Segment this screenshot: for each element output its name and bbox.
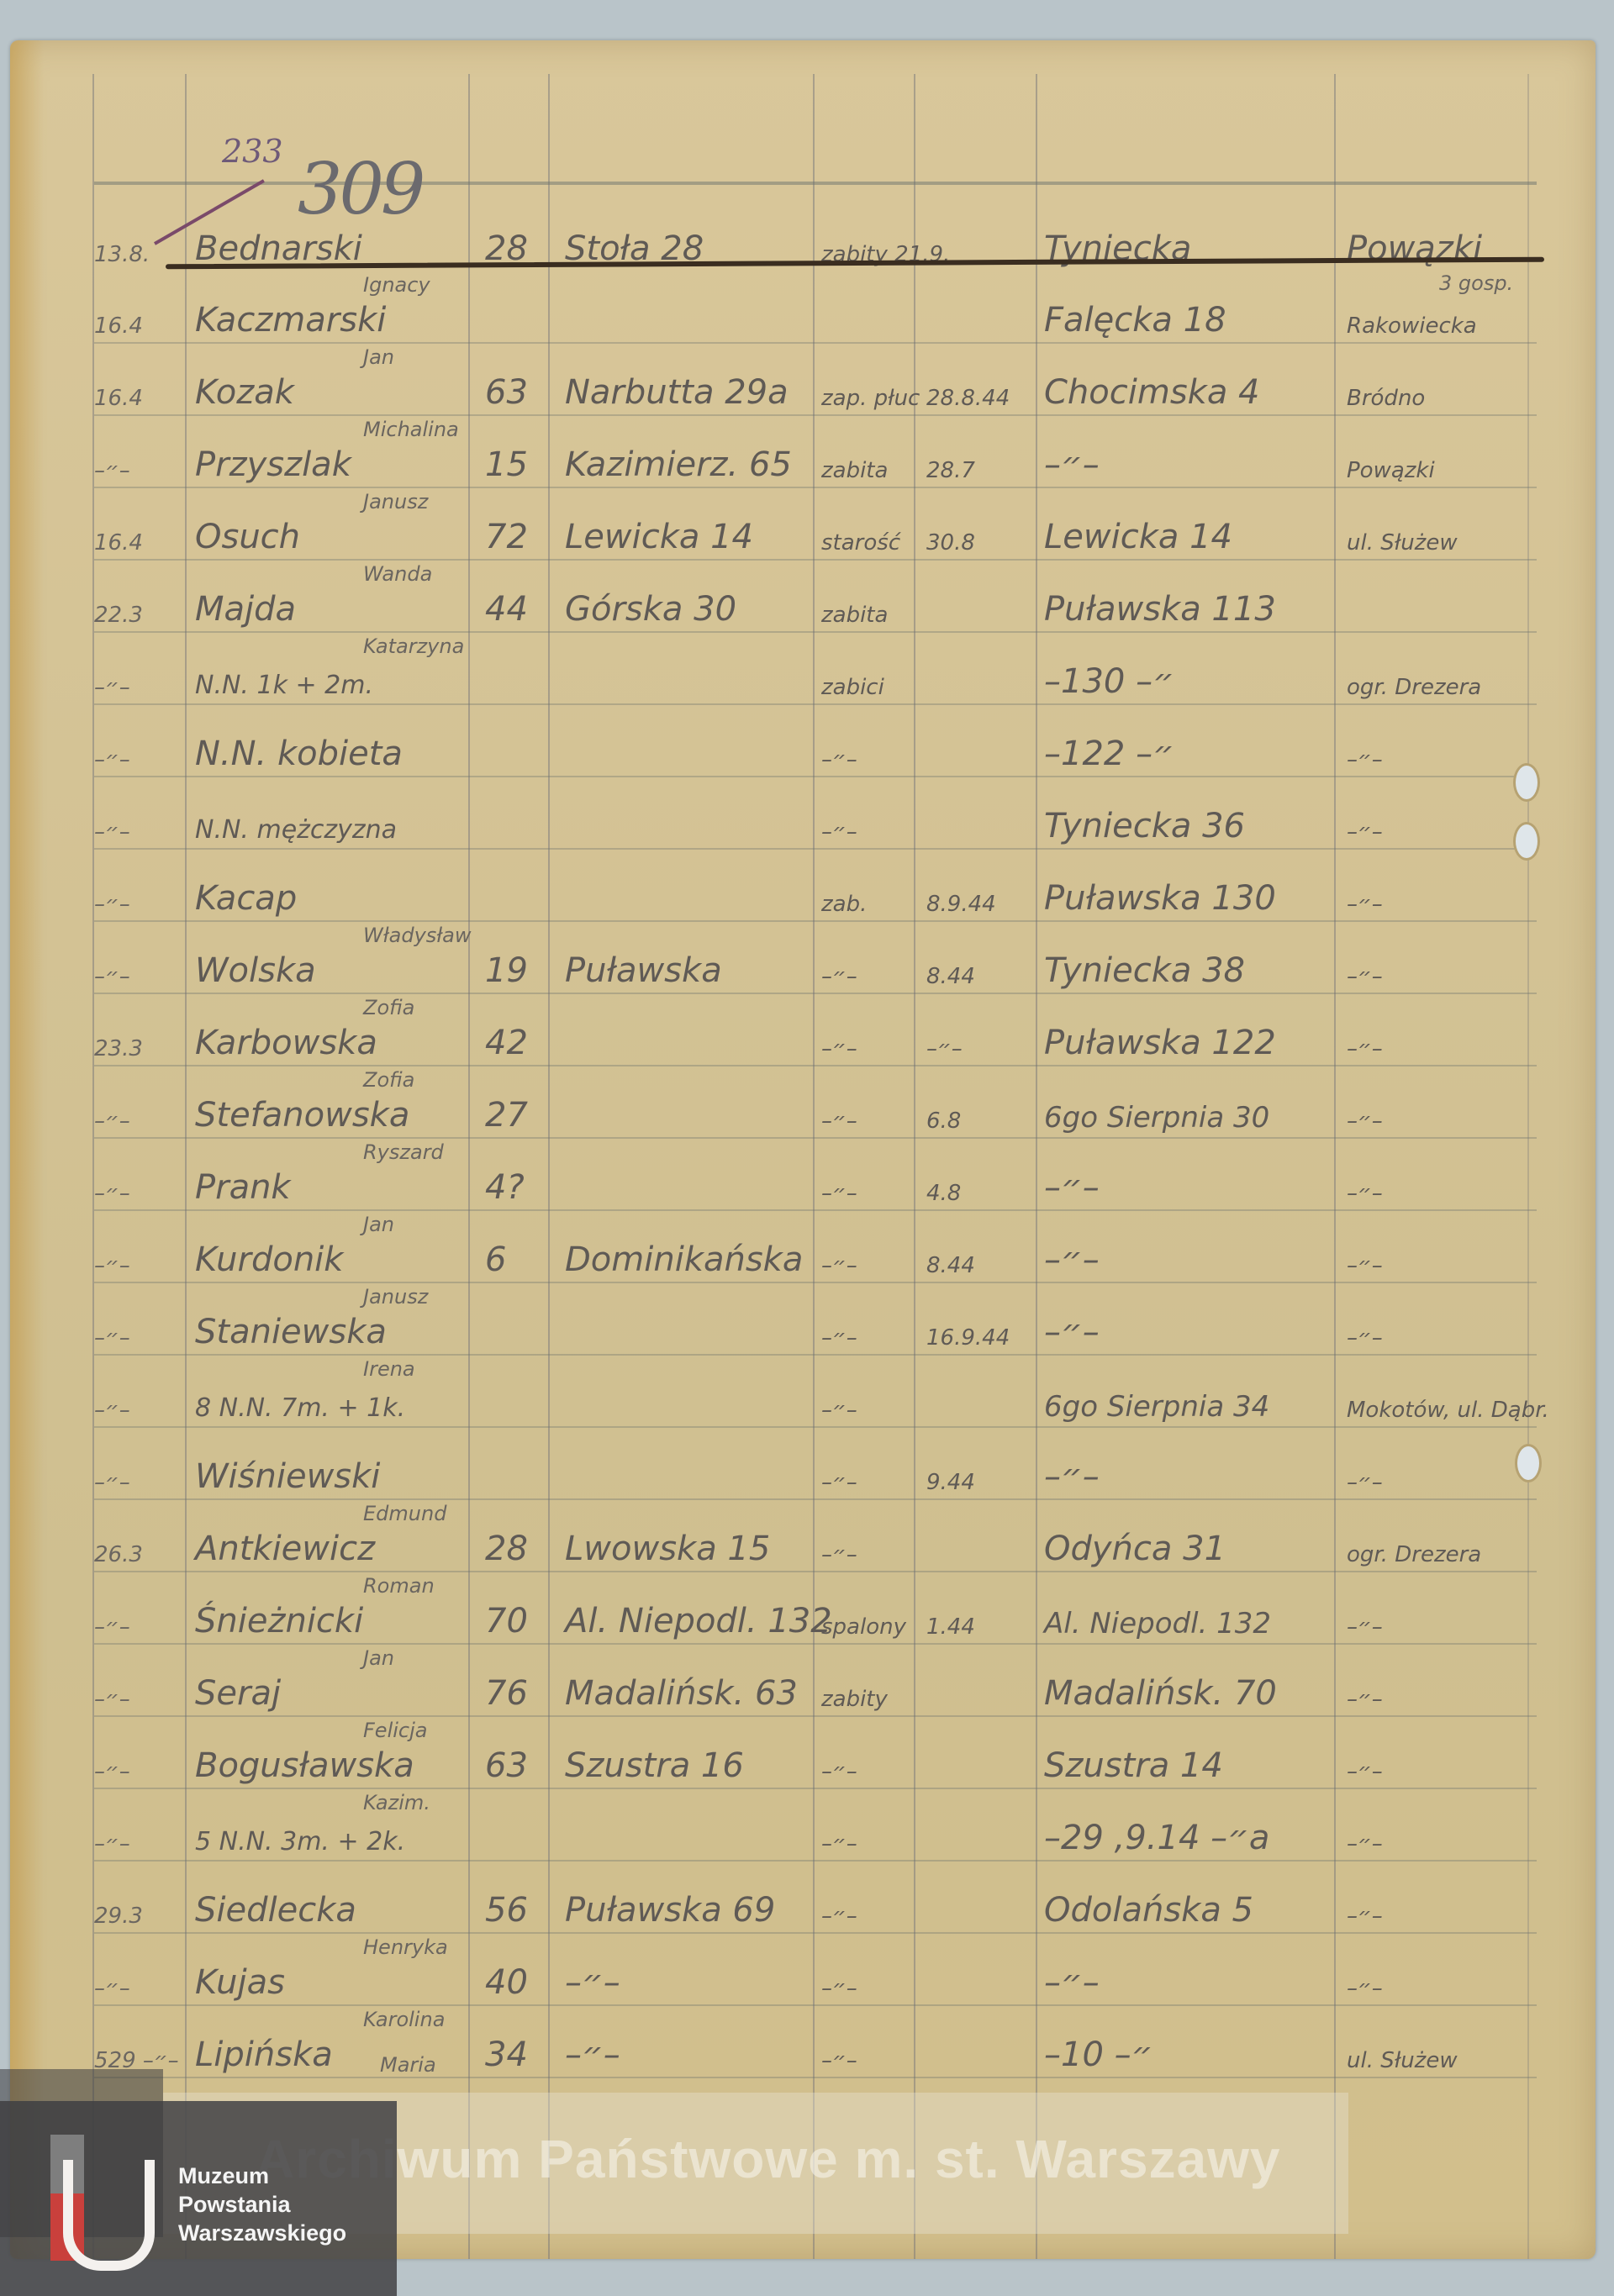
entry-status: –״– [821,1905,922,1927]
entry-address: Dominikańska [565,1243,817,1277]
entry-area: –״– [1347,1977,1565,1999]
table-row: –״–Stefanowska27–״–6.86go Sierpnia 30–״–… [10,1066,1596,1137]
entry-status: –״– [821,1472,922,1493]
entry-given-name: Irena [363,1357,415,1381]
entry-place: –״– 122 [1044,737,1338,771]
table-row: –״–N.N. 1k + 2m.zabici–״– 130ogr. Drezer… [10,633,1596,703]
entry-address: Narbutta 29a [565,376,817,409]
entry-area: –״– [1347,1688,1565,1710]
entry-date: 16.4 [94,315,187,337]
entry-date: –״– [94,749,187,771]
entry-age: 28 [485,232,561,266]
entry-place: Madalińsk. 70 [1044,1677,1338,1710]
entry-date: –״– [94,1399,187,1421]
entry-status: spalony [821,1616,922,1638]
entry-date: –״– [94,1327,187,1349]
entry-age: 70 [485,1604,561,1638]
entry-surname: N.N. 1k + 2m. [195,673,472,698]
table-row: –״–5 N.N. 3m. + 2k.–״––״– 9.14, 29a–״–Ka… [10,1789,1596,1860]
entry-address: Lewicka 14 [565,520,817,554]
entry-date: 29.3 [94,1905,187,1927]
entry-address: Szustra 16 [565,1749,817,1783]
table-row: –״–Wiśniewski–״–9.44–״––״– [10,1428,1596,1498]
entry-surname: Seraj [195,1677,472,1710]
table-row: –״–N.N. mężczyzna–״–Tyniecka 36–״– [10,777,1596,848]
table-row: –״–Kujas40–״––״––״––״–Henryka [10,1934,1596,2004]
entry-area: –״– [1347,1905,1565,1927]
table-row: –״–Wolska19Puławska–״–8.44Tyniecka 38–״–… [10,922,1596,993]
entry-given-name: Jan [363,1213,394,1236]
entry-given-name: Edmund [363,1502,446,1525]
entry-death-date: 4.8 [926,1182,1044,1204]
entry-death-date: 8.44 [926,1255,1044,1277]
entry-place: –״– 9.14, 29a [1044,1821,1338,1855]
table-row: 529 –״–Lipińska34–״––״––״– 10ul. SłużewK… [10,2006,1596,2077]
entry-given-name: Janusz [363,1285,428,1309]
entry-date: 23.3 [94,1038,187,1060]
table-row: –״–Przyszlak15Kazimierz. 65zabita28.7–״–… [10,416,1596,487]
entry-place: –״– [1044,1315,1338,1349]
entry-status: zabita [821,460,922,482]
entry-given-name: Janusz [363,490,428,513]
entry-status: –״– [821,2050,922,2072]
entry-death-date: 8.44 [926,966,1044,987]
table-row: –״–Staniewska–״–16.9.44–״––״–Janusz [10,1283,1596,1354]
entry-status: –״– [821,966,922,987]
entry-area: ogr. Drezera [1347,1544,1565,1566]
trailing-given-name: Maria [380,2053,436,2077]
entry-given-name: Henryka [363,1935,448,1959]
entry-death-date: 16.9.44 [926,1327,1044,1349]
entry-death-date: 28.7 [926,460,1044,482]
table-row: 26.3Antkiewicz28Lwowska 15–״–Odyńca 31og… [10,1500,1596,1571]
table-row: 16.4KaczmarskiFalęcka 18RakowieckaIgnacy… [10,271,1596,342]
entry-age: 34 [485,2038,561,2072]
entry-place: –״– 10 [1044,2038,1338,2072]
table-row: –״–N.N. kobieta–״––״– 122–״– [10,705,1596,776]
entry-date: 13.8. [94,244,187,266]
entry-age: 72 [485,520,561,554]
entry-place: Szustra 14 [1044,1749,1338,1783]
entry-date: –״– [94,1616,187,1638]
entry-given-name: Jan [363,1646,394,1670]
entry-age: 63 [485,376,561,409]
entry-area: –״– [1347,1255,1565,1277]
entry-death-date: 28.8.44 [926,387,1044,409]
entry-age: 6 [485,1243,561,1277]
grid-line [94,2077,1537,2078]
museum-name-line: Warszawskiego [178,2219,346,2247]
entry-date: –״– [94,1833,187,1855]
entry-given-name: Władysław [363,924,472,947]
entry-date: –״– [94,677,187,698]
entry-age: 44 [485,592,561,626]
entry-surname: N.N. kobieta [195,737,472,771]
table-row: 29.3Siedlecka56Puławska 69–״–Odolańska 5… [10,1862,1596,1932]
entry-surname: Kacap [195,882,472,915]
entry-surname: Bogusławska [195,1749,472,1783]
entry-place: Odolańska 5 [1044,1893,1338,1927]
entry-area: –״– [1347,1038,1565,1060]
register-page: 233 309 13.8. Bednarski 28 Stoła 28 zabi… [10,40,1596,2259]
table-row: –״–Prank4?–״–4.8–״––״–Ryszard [10,1139,1596,1209]
entry-death-date: 30.8 [926,532,1044,554]
polish-underground-anchor-icon [50,2135,151,2269]
museum-name: Muzeum Powstania Warszawskiego [178,2162,346,2247]
entry-given-name: Zofia [363,996,414,1019]
entry-date: –״– [94,893,187,915]
entry-death-date: 8.9.44 [926,893,1044,915]
entry-date: 16.4 [94,532,187,554]
entry-area: Rakowiecka [1347,315,1565,337]
entry-status: –״– [821,749,922,771]
entry-surname: Wolska [195,954,472,987]
entry-age: 19 [485,954,561,987]
entry-date: –״– [94,1688,187,1710]
entry-given-name: Jan [363,345,394,369]
museum-logo: Muzeum Powstania Warszawskiego [0,2101,397,2296]
entry-area: –״– [1347,1616,1565,1638]
entry-area: –״– [1347,1327,1565,1349]
entry-place: Tyniecka 36 [1044,809,1338,843]
entry-given-name: Roman [363,1574,435,1598]
entry-place: –״– 130 [1044,665,1338,698]
entry-age: 76 [485,1677,561,1710]
entry-status: –״– [821,1761,922,1783]
entry-surname: Staniewska [195,1315,472,1349]
table-row: –״–8 N.N. 7m. + 1k.–״–6go Sierpnia 34Mok… [10,1356,1596,1426]
entry-surname: Kaczmarski [195,303,472,337]
entry-place: Tyniecka 38 [1044,954,1338,987]
entry-area: –״– [1347,1761,1565,1783]
entry-address: Madalińsk. 63 [565,1677,817,1710]
entry-date: –״– [94,460,187,482]
entry-status: –״– [821,1399,922,1421]
table-row: –״–Kacapzab.8.9.44Puławska 130–״– [10,850,1596,920]
entry-place: –״– [1044,1460,1338,1493]
punch-hole [1513,822,1540,861]
museum-name-line: Muzeum [178,2162,346,2190]
entry-area: –״– [1347,1110,1565,1132]
table-row: 16.4Osuch72Lewicka 14starość30.8Lewicka … [10,488,1596,559]
entry-address: Górska 30 [565,592,817,626]
entry-date: –״– [94,1110,187,1132]
entry-surname: Kurdonik [195,1243,472,1277]
entry-surname: Osuch [195,520,472,554]
entry-area: ul. Służew [1347,532,1565,554]
entry-surname: Kozak [195,376,472,409]
entry-date: –״– [94,1977,187,1999]
entry-place: Chocimska 4 [1044,376,1338,409]
table-row: 23.3Karbowska42–״––״–Puławska 122–״–Zofi… [10,994,1596,1065]
entry-surname: 8 N.N. 7m. + 1k. [195,1396,472,1421]
entry-given-name: Ignacy [363,273,430,297]
entry-surname: N.N. mężczyzna [195,818,472,843]
entry-surname: Kujas [195,1966,472,1999]
entry-date: –״– [94,966,187,987]
entry-death-date: –״– [926,1038,1044,1060]
entry-place: Lewicka 14 [1044,520,1338,554]
entry-given-name: Katarzyna [363,635,464,658]
entry-surname: Majda [195,592,472,626]
entry-date: –״– [94,821,187,843]
entry-date: –״– [94,1761,187,1783]
punch-hole [1515,1444,1542,1482]
entry-status: zap. płuc [821,387,922,409]
table-row: –״–Śnieżnicki70Al. Niepodl. 132spalony1.… [10,1572,1596,1643]
entry-surname: Siedlecka [195,1893,472,1927]
entry-status: –״– [821,1182,922,1204]
entry-given-name: Zofia [363,1068,414,1092]
entry-area: Powązki [1347,460,1565,482]
entry-age: 56 [485,1893,561,1927]
entry-place: 6go Sierpnia 34 [1044,1393,1338,1421]
entry-place: Puławska 122 [1044,1026,1338,1060]
entry-given-name: Ryszard [363,1140,444,1164]
punch-hole [1513,763,1540,802]
entry-age: 4? [485,1171,561,1204]
entry-date: –״– [94,1182,187,1204]
entry-address: –״– [565,2038,817,2072]
entry-status: zabita [821,604,922,626]
entry-address: Al. Niepodl. 132 [565,1604,817,1638]
entry-surname: Wiśniewski [195,1460,472,1493]
entry-death-date: 6.8 [926,1110,1044,1132]
entry-date: 16.4 [94,387,187,409]
entry-area: Mokotów, ul. Dąbr. [1347,1399,1565,1421]
entry-area: –״– [1347,1182,1565,1204]
entry-place: Puławska 130 [1044,882,1338,915]
entry-given-name: Felicja [363,1719,427,1742]
entry-place: –״– [1044,1171,1338,1204]
old-page-number: 233 [222,133,283,170]
entry-given-name: Karolina [363,2008,445,2031]
entry-status: starość [821,532,922,554]
entry-area: –״– [1347,1833,1565,1855]
entry-given-name: Michalina [363,418,459,441]
entry-area: –״– [1347,893,1565,915]
entry-age: 15 [485,448,561,482]
entry-status: zab. [821,893,922,915]
archive-watermark-text: Archiwum Państwowe m. st. Warszawy [256,2128,1281,2190]
entry-age: 40 [485,1966,561,1999]
entry-status: –״– [821,1544,922,1566]
entry-status: –״– [821,821,922,843]
entry-surname: Śnieżnicki [195,1604,472,1638]
entry-address: –״– [565,1966,817,1999]
table-row: –״–Seraj76Madalińsk. 63zabityMadalińsk. … [10,1645,1596,1715]
entry-place: –״– [1044,1966,1338,1999]
entry-age: 42 [485,1026,561,1060]
entry-surname: Stefanowska [195,1098,472,1132]
table-row: –״–Bogusławska63Szustra 16–״–Szustra 14–… [10,1717,1596,1788]
entry-age: 27 [485,1098,561,1132]
entry-status: –״– [821,1038,922,1060]
entry-status: zabity [821,1688,922,1710]
entry-status: –״– [821,1327,922,1349]
entry-surname: 5 N.N. 3m. + 2k. [195,1830,472,1855]
entry-area: ul. Służew [1347,2050,1565,2072]
entry-date: 26.3 [94,1544,187,1566]
entry-date: –״– [94,1255,187,1277]
entry-place: Falęcka 18 [1044,303,1338,337]
museum-name-line: Powstania [178,2190,346,2219]
entry-status: –״– [821,1255,922,1277]
entry-surname: Prank [195,1171,472,1204]
entry-death-date: 1.44 [926,1616,1044,1638]
entry-surname: Bednarski [195,232,472,266]
entry-date: 22.3 [94,604,187,626]
entry-date: –״– [94,1472,187,1493]
entry-age: 63 [485,1749,561,1783]
entry-status: –״– [821,1833,922,1855]
entry-place: Odyńca 31 [1044,1532,1338,1566]
entry-place: Al. Niepodl. 132 [1044,1609,1338,1638]
entry-given-name: Kazim. [363,1791,430,1814]
table-row: 22.3Majda44Górska 30zabitaPuławska 113Wa… [10,561,1596,631]
entry-age: 28 [485,1532,561,1566]
entry-place: Puławska 113 [1044,592,1338,626]
entry-area: ogr. Drezera [1347,677,1565,698]
entry-surname: Przyszlak [195,448,472,482]
entry-place: 6go Sierpnia 30 [1044,1103,1338,1132]
entry-area: –״– [1347,966,1565,987]
entry-address: Lwowska 15 [565,1532,817,1566]
entry-given-name: Wanda [363,562,432,586]
entry-place: –״– [1044,448,1338,482]
entry-area-note: 3 gosp. [1439,271,1513,295]
entry-place: –״– [1044,1243,1338,1277]
table-row: –״–Kurdonik6Dominikańska–״–8.44–״––״–Jan [10,1211,1596,1282]
table-row: 16.4Kozak63Narbutta 29azap. płuc28.8.44C… [10,344,1596,414]
entry-area: Bródno [1347,387,1565,409]
entry-status: zabici [821,677,922,698]
entry-status: –״– [821,1977,922,1999]
entry-surname: Antkiewicz [195,1532,472,1566]
entry-surname: Karbowska [195,1026,472,1060]
entry-address: Puławska [565,954,817,987]
entry-address: Puławska 69 [565,1893,817,1927]
entry-address: Kazimierz. 65 [565,448,817,482]
entry-status: –״– [821,1110,922,1132]
entry-death-date: 9.44 [926,1472,1044,1493]
